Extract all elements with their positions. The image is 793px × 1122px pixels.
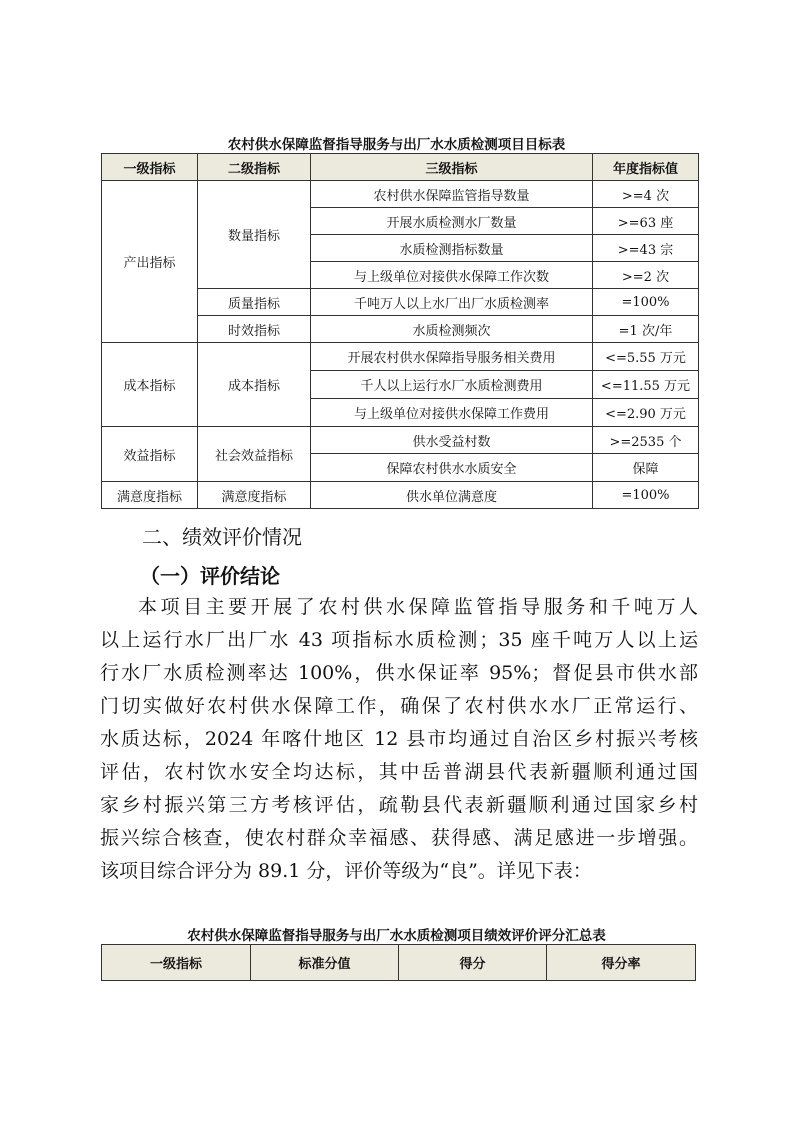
level3-cell: 水质检测指标数量 xyxy=(311,235,593,262)
header-score: 得分 xyxy=(399,945,547,981)
header-level1: 一级指标 xyxy=(102,154,198,181)
header-score-rate: 得分率 xyxy=(547,945,696,981)
level3-cell: 开展农村供水保障指导服务相关费用 xyxy=(311,343,593,371)
level3-cell: 与上级单位对接供水保障工作次数 xyxy=(311,262,593,289)
table-header-row: 一级指标 标准分值 得分 得分率 xyxy=(102,945,696,981)
paragraph-line: 以上运行水厂出厂水 43 项指标水质检测；35 座千吨万人以上运 xyxy=(100,624,698,657)
level2-cell: 时效指标 xyxy=(198,316,311,343)
level1-cell: 效益指标 xyxy=(102,427,198,482)
table-row: 成本指标 成本指标 开展农村供水保障指导服务相关费用 <=5.55 万元 xyxy=(102,343,699,371)
value-cell: <=5.55 万元 xyxy=(593,343,699,371)
level3-cell: 供水单位满意度 xyxy=(311,482,593,509)
level2-cell: 满意度指标 xyxy=(198,482,311,509)
section-subheading: （一）评价结论 xyxy=(140,560,280,589)
header-level2: 二级指标 xyxy=(198,154,311,181)
value-cell: >=2 次 xyxy=(593,262,699,289)
value-cell: =100% xyxy=(593,289,699,316)
value-cell: 保障 xyxy=(593,454,699,482)
level3-cell: 千人以上运行水厂水质检测费用 xyxy=(311,371,593,399)
level1-cell: 产出指标 xyxy=(102,181,198,343)
target-table-title: 农村供水保障监督指导服务与出厂水水质检测项目目标表 xyxy=(0,133,793,153)
evaluation-paragraph: 本项目主要开展了农村供水保障监管指导服务和千吨万人 以上运行水厂出厂水 43 项… xyxy=(100,591,698,888)
paragraph-line: 水质达标，2024 年喀什地区 12 县市均通过自治区乡村振兴考核 xyxy=(100,723,698,756)
table-header-row: 一级指标 二级指标 三级指标 年度指标值 xyxy=(102,154,699,181)
paragraph-line: 振兴综合核查，使农村群众幸福感、获得感、满足感进一步增强。 xyxy=(100,822,698,855)
level3-cell: 供水受益村数 xyxy=(311,427,593,454)
score-table: 一级指标 标准分值 得分 得分率 xyxy=(101,944,696,981)
header-standard-score: 标准分值 xyxy=(251,945,399,981)
level2-cell: 数量指标 xyxy=(198,181,311,289)
value-cell: <=11.55 万元 xyxy=(593,371,699,399)
level2-cell: 质量指标 xyxy=(198,289,311,316)
target-table: 一级指标 二级指标 三级指标 年度指标值 产出指标 数量指标 农村供水保障监管指… xyxy=(101,153,699,509)
level3-cell: 与上级单位对接供水保障工作费用 xyxy=(311,399,593,427)
paragraph-line: 家乡村振兴第三方考核评估，疏勒县代表新疆顺利通过国家乡村 xyxy=(100,789,698,822)
value-cell: =100% xyxy=(593,482,699,509)
value-cell: >=43 宗 xyxy=(593,235,699,262)
level3-cell: 水质检测频次 xyxy=(311,316,593,343)
level3-cell: 农村供水保障监管指导数量 xyxy=(311,181,593,208)
section-heading: 二、绩效评价情况 xyxy=(142,521,302,550)
value-cell: =1 次/年 xyxy=(593,316,699,343)
value-cell: <=2.90 万元 xyxy=(593,399,699,427)
value-cell: >=63 座 xyxy=(593,208,699,235)
header-annual-value: 年度指标值 xyxy=(593,154,699,181)
table-row: 效益指标 社会效益指标 供水受益村数 >=2535 个 xyxy=(102,427,699,454)
table-row: 产出指标 数量指标 农村供水保障监管指导数量 >=4 次 xyxy=(102,181,699,208)
level3-cell: 千吨万人以上水厂出厂水质检测率 xyxy=(311,289,593,316)
paragraph-line: 行水厂水质检测率达 100%，供水保证率 95%；督促县市供水部 xyxy=(100,657,698,690)
level3-cell: 开展水质检测水厂数量 xyxy=(311,208,593,235)
paragraph-line: 该项目综合评分为 89.1 分，评价等级为“良”。详见下表： xyxy=(100,855,698,888)
level2-cell: 社会效益指标 xyxy=(198,427,311,482)
paragraph-line: 本项目主要开展了农村供水保障监管指导服务和千吨万人 xyxy=(100,591,698,624)
level1-cell: 满意度指标 xyxy=(102,482,198,509)
level2-cell: 成本指标 xyxy=(198,343,311,427)
value-cell: >=2535 个 xyxy=(593,427,699,454)
level3-cell: 保障农村供水水质安全 xyxy=(311,454,593,482)
table-row: 满意度指标 满意度指标 供水单位满意度 =100% xyxy=(102,482,699,509)
paragraph-line: 门切实做好农村供水保障工作，确保了农村供水水厂正常运行、 xyxy=(100,690,698,723)
score-table-title: 农村供水保障监督指导服务与出厂水水质检测项目绩效评价评分汇总表 xyxy=(0,924,793,944)
value-cell: >=4 次 xyxy=(593,181,699,208)
level1-cell: 成本指标 xyxy=(102,343,198,427)
header-level3: 三级指标 xyxy=(311,154,593,181)
paragraph-line: 评估，农村饮水安全均达标，其中岳普湖县代表新疆顺利通过国 xyxy=(100,756,698,789)
header-level1: 一级指标 xyxy=(102,945,251,981)
